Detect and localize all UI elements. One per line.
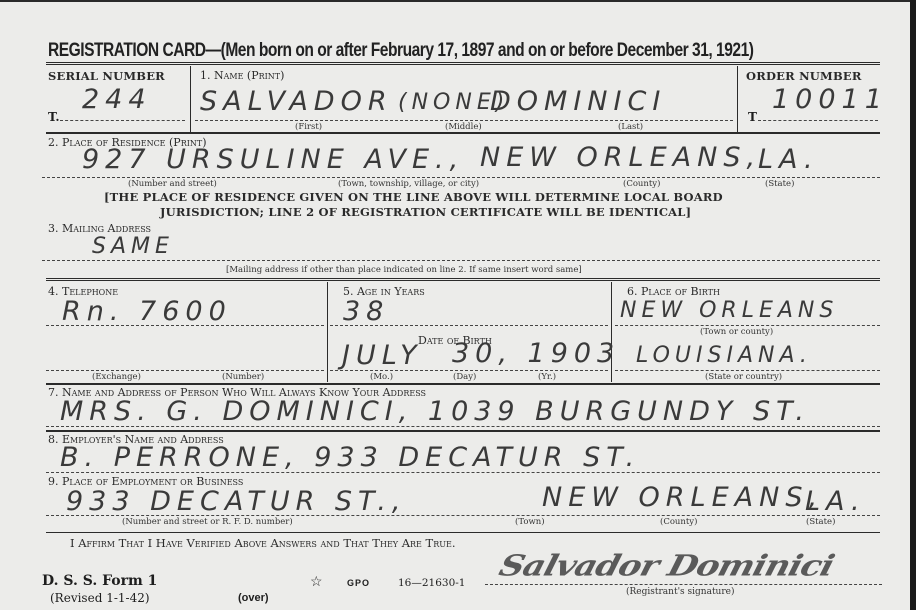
first-caption: (First) <box>295 122 322 132</box>
birthplace-label: 6. Place of Birth <box>627 285 720 298</box>
divider <box>46 430 880 432</box>
registration-card: REGISTRATION CARD—(Men born on or after … <box>0 0 910 610</box>
divider <box>46 278 880 281</box>
state-caption: (State) <box>765 179 794 189</box>
birthplace-state-line <box>615 370 880 371</box>
registrant-signature: Salvador Dominici <box>495 549 837 583</box>
serial-number-value: 244 <box>82 84 152 115</box>
mo-caption: (Mo.) <box>370 372 393 382</box>
residence-state-value: LA. <box>758 144 819 175</box>
employment-state-value: LA. <box>805 486 866 517</box>
serial-number-label: SERIAL NUMBER <box>48 69 165 83</box>
dob-month-value: JULY <box>342 340 423 371</box>
residence-line <box>42 177 880 178</box>
serial-prefix: T. <box>48 110 60 124</box>
street-caption: (Number and street) <box>128 179 217 189</box>
birthplace-state-value: LOUISIANA. <box>636 343 812 368</box>
affirmation-text: I Affirm That I Have Verified Above Answ… <box>70 536 455 550</box>
employer-value: B. PERRONE, 933 DECATUR ST. <box>60 442 640 473</box>
mailing-line <box>42 260 880 261</box>
form-revised: (Revised 1-1-42) <box>50 591 150 605</box>
age-value: 38 <box>343 296 389 327</box>
order-number-value: 10011 <box>772 84 888 115</box>
mailing-value: SAME <box>92 234 174 259</box>
employment-city-value: NEW ORLEANS, <box>542 482 823 513</box>
middle-caption: (Middle) <box>445 122 482 132</box>
employment-state-caption: (State) <box>806 517 835 527</box>
first-name-value: SALVADOR <box>200 86 393 117</box>
residence-street-value: 927 URSULINE AVE., <box>82 144 464 175</box>
county-caption: (County) <box>623 179 660 189</box>
order-number-label: ORDER NUMBER <box>746 69 862 83</box>
last-name-value: DOMINICI <box>490 86 666 117</box>
employment-county-caption: (County) <box>660 517 697 527</box>
residence-city-value: NEW ORLEANS, <box>480 142 761 173</box>
print-code: 16—21630-1 <box>398 577 466 589</box>
signature-caption: (Registrant's signature) <box>626 587 735 597</box>
divider <box>46 532 880 533</box>
serial-line <box>60 120 185 121</box>
number-caption: (Number) <box>222 372 264 382</box>
divider <box>46 62 880 65</box>
last-caption: (Last) <box>618 122 643 132</box>
telephone-value: Rn. 7600 <box>62 296 232 327</box>
employment-street-value: 933 DECATUR ST., <box>66 486 407 517</box>
signature-line <box>485 584 882 585</box>
order-prefix: T <box>748 110 757 124</box>
order-line <box>758 120 878 121</box>
card-edge <box>910 0 916 610</box>
birthplace-town-line <box>615 325 880 326</box>
residence-notice-2: JURISDICTION; LINE 2 OF REGISTRATION CER… <box>160 205 691 219</box>
divider <box>46 383 880 385</box>
residence-notice-1: [THE PLACE OF RESIDENCE GIVEN ON THE LIN… <box>104 190 723 204</box>
yr-caption: (Yr.) <box>538 372 556 382</box>
form-number: D. S. S. Form 1 <box>42 573 157 589</box>
name-label: 1. Name (Print) <box>200 69 284 82</box>
card-title: REGISTRATION CARD—(Men born on or after … <box>48 40 753 62</box>
star-icon: ☆ <box>310 574 323 590</box>
birthplace-town-value: NEW ORLEANS <box>620 298 838 323</box>
exchange-caption: (Exchange) <box>92 372 141 382</box>
employment-street-caption: (Number and street or R. F. D. number) <box>122 517 293 527</box>
employment-town-caption: (Town) <box>515 517 545 527</box>
divider <box>190 66 191 132</box>
town-caption: (Town, township, village, or city) <box>338 179 479 189</box>
divider <box>46 132 880 134</box>
birthplace-state-caption: (State or country) <box>705 372 782 382</box>
dob-day-year-value: 30, 1903 <box>452 338 620 369</box>
divider <box>327 282 328 382</box>
mailing-caption: [Mailing address if other than place ind… <box>226 265 582 275</box>
telephone-exchange-line <box>46 370 324 371</box>
divider <box>737 66 738 132</box>
birthplace-town-caption: (Town or county) <box>700 327 773 337</box>
day-caption: (Day) <box>453 372 476 382</box>
over-note: (over) <box>238 592 269 604</box>
contact-value: MRS. G. DOMINICI, 1039 BURGUNDY ST. <box>60 396 810 427</box>
gpo-mark: GPO <box>347 578 370 588</box>
name-line <box>195 120 733 121</box>
